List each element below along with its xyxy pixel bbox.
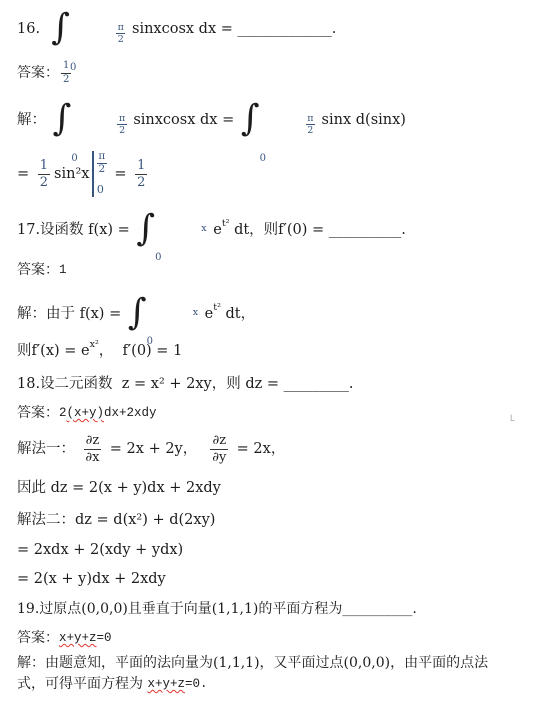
limit-value: x [193, 308, 198, 318]
fraction-numerator: ∂z [210, 434, 228, 450]
partial-dz-dy-fraction: ∂z ∂y [210, 434, 228, 464]
p17-question-blank: __________. [329, 222, 406, 239]
pi-over-2-fraction: π 2 [117, 114, 126, 136]
p18-solution2-line2: = 2xdx + 2(xdy + ydx) [17, 538, 183, 562]
e-base: e [209, 222, 222, 239]
integral-glyph: ∫ [128, 295, 147, 331]
answer-value-pre: 2 [59, 406, 67, 420]
p17-answer-line: 答案： 1 [17, 259, 67, 281]
pi-over-2-fraction: π 2 [97, 151, 107, 176]
upper-limit-x: x [193, 308, 198, 318]
vertical-bar [92, 151, 93, 197]
p17-question-prefix: 17.设函数 f(x) = [17, 222, 134, 239]
p16-question-number: 16. [17, 21, 49, 38]
p17-solution-prefix: 解：由于 f(x) = [17, 306, 126, 323]
p17-solution2-pre: 则f′(x) = e [17, 343, 90, 360]
answer-value-misspelled: x+y+z [59, 631, 97, 645]
equals-sign: = [110, 166, 131, 183]
fraction-denominator: 2 [40, 175, 48, 190]
p17-question-line: 17.设函数 f(x) = ∫ x 0 e t² dt，则f′(0) = ___… [17, 206, 406, 254]
equals-sign: = [17, 166, 34, 183]
integral-lower-limit: 0 [70, 62, 125, 74]
one-half-fraction: 1 2 [61, 61, 71, 85]
integral: ∫ π 2 0 [241, 95, 315, 145]
partial-dz-dx-fraction: ∂z ∂x [84, 434, 102, 464]
exponent-x-squared: x² [90, 340, 99, 350]
p19-question-line: 19.过原点(0,0,0)且垂直于向量(1,1,1)的平面方程为 _______… [17, 596, 417, 622]
evaluation-lower-limit: 0 [97, 184, 107, 197]
p19-solution-line1: 解：由题意知，平面的法向量为(1,1,1)，又平面过点(0,0,0)，由平面的点… [17, 652, 488, 674]
p19-solution-text-line1: 解：由题意知，平面的法向量为(1,1,1)，又平面过点(0,0,0)，由平面的点… [17, 655, 488, 671]
integral-upper-limit: π 2 [70, 1, 125, 62]
solution-method1-label: 解法一： [17, 441, 80, 458]
p19-answer-line: 答案： x+y+z =0 [17, 627, 112, 649]
exponent-t-squared: t² [213, 303, 221, 313]
p16-solution-tail: sinx d(sinx) [317, 112, 406, 129]
p17-solution2-post: ， f′(0) = 1 [99, 343, 183, 360]
p18-solution1-line1: 解法一： ∂z ∂x = 2x + 2y， ∂z ∂y = 2x， [17, 427, 285, 471]
solution-label: 解： [17, 112, 51, 129]
one-half-fraction: 1 2 [135, 159, 147, 189]
e-base: e [200, 306, 213, 323]
p18-question-text: 18.设二元函数 z = x² + 2xy，则 dz = [17, 376, 284, 393]
p16-solution-line2: = 1 2 sin²x π 2 0 = 1 2 [17, 147, 151, 201]
integral: ∫ π 2 0 [53, 95, 127, 145]
p16-solution-mid: sinxcosx dx = [129, 112, 239, 129]
plane-equation-misspelled: x+y+z [147, 677, 185, 691]
fraction-numerator: 1 [38, 159, 50, 175]
fraction-numerator: ∂z [84, 434, 102, 450]
integral-upper-limit: π 2 [260, 92, 315, 153]
answer-value: 1 [59, 263, 67, 277]
fraction-denominator: 2 [119, 125, 125, 136]
integral-limits: π 2 0 [71, 95, 126, 145]
integral-upper-limit: x [147, 286, 198, 336]
p16-question-line: 16. ∫ π 2 0 sinxcosx dx = _____________. [17, 4, 336, 54]
p18-solution1-conclusion: 因此 dz = 2(x + y)dx + 2xdy [17, 480, 221, 497]
fraction-denominator: ∂x [85, 450, 99, 465]
p18-question-blank: _________. [284, 376, 354, 393]
p16-question-body: sinxcosx dx = [127, 21, 237, 38]
answer-label: 答案： [17, 405, 59, 421]
integral-limits: π 2 0 [70, 4, 125, 54]
integral: ∫ x 0 [136, 205, 206, 255]
answer-label: 答案： [17, 262, 59, 278]
integral-limits: x 0 [155, 205, 206, 255]
integral-limits: x 0 [147, 289, 198, 339]
p18-solution1-line2: 因此 dz = 2(x + y)dx + 2xdy [17, 476, 221, 500]
fraction-denominator: 2 [98, 164, 105, 176]
fraction-numerator: 1 [135, 159, 147, 175]
p17-solution-line1: 解：由于 f(x) = ∫ x 0 e t² dt， [17, 290, 255, 338]
integral-upper-limit: x [155, 202, 206, 252]
integral-glyph: ∫ [136, 211, 155, 247]
evaluation-limits: π 2 0 [97, 151, 107, 197]
stray-cursor-artifact: L [510, 413, 515, 423]
answer-value-misspelled: (x+y) [67, 406, 105, 420]
sin-squared-x: sin²x [54, 166, 89, 183]
integral: ∫ π 2 0 [51, 4, 125, 54]
pi-over-2-fraction: π 2 [306, 114, 315, 136]
p18-solution1-end: = 2x， [232, 441, 285, 458]
upper-limit-x: x [201, 224, 206, 234]
p18-solution2-step2: = 2xdx + 2(xdy + ydx) [17, 542, 183, 559]
p19-solution-text-line2-pre: 式，可得平面方程为 [17, 676, 147, 692]
fraction-numerator: π [306, 114, 315, 125]
fraction-numerator: π [97, 151, 107, 164]
p19-question-blank: __________. [342, 601, 416, 617]
answer-label: 答案： [17, 65, 59, 81]
p19-question-text: 19.过原点(0,0,0)且垂直于向量(1,1,1)的平面方程为 [17, 601, 342, 617]
exponent-t-squared: t² [222, 219, 230, 229]
p18-solution2-line1: 解法二：dz = d(x²) + d(2xy) [17, 507, 215, 533]
plane-equation-rest: =0. [185, 677, 208, 691]
fraction-denominator: ∂y [212, 450, 226, 465]
p17-question-post: dt，则f′(0) = [229, 222, 328, 239]
fraction-denominator: 2 [63, 74, 69, 86]
evaluation-bar: π 2 0 [92, 151, 106, 197]
pi-over-2-fraction: π 2 [116, 23, 125, 45]
p17-solution-line2: 则f′(x) = e x² ， f′(0) = 1 [17, 339, 182, 363]
p16-answer-line: 答案： 1 2 [17, 56, 73, 90]
fraction-denominator: 2 [137, 175, 145, 190]
p18-question-line: 18.设二元函数 z = x² + 2xy，则 dz = _________. [17, 371, 354, 397]
p16-solution-line1: 解： ∫ π 2 0 sinxcosx dx = ∫ π [17, 94, 406, 146]
integral-lower-limit: 0 [155, 252, 206, 264]
fraction-denominator: 2 [118, 34, 124, 45]
one-half-fraction: 1 2 [38, 159, 50, 189]
p18-answer-line: 答案： 2 (x+y) dx+2xdy [17, 402, 157, 424]
p18-solution2-step3: = 2(x + y)dx + 2xdy [17, 571, 166, 588]
fraction-numerator: 1 [61, 61, 71, 74]
p18-solution2-step1: 解法二：dz = d(x²) + d(2xy) [17, 512, 215, 529]
p18-solution2-line3: = 2(x + y)dx + 2xdy [17, 567, 166, 591]
integral-lower-limit: 0 [260, 153, 315, 165]
integral: ∫ x 0 [128, 289, 198, 339]
fraction-numerator: π [117, 114, 126, 125]
limit-value: x [201, 224, 206, 234]
answer-label: 答案： [17, 630, 59, 646]
p18-solution1-mid: = 2x + 2y， [105, 441, 206, 458]
integral-glyph: ∫ [241, 101, 260, 137]
integral-limits: π 2 0 [260, 95, 315, 145]
integral-upper-limit: π 2 [71, 92, 126, 153]
p16-question-blank: _____________. [238, 21, 337, 38]
fraction-denominator: 2 [307, 125, 313, 136]
answer-value-rest: =0 [97, 631, 112, 645]
integral-glyph: ∫ [53, 101, 72, 137]
p17-solution-post: dt， [221, 306, 255, 323]
math-document-page: 16. ∫ π 2 0 sinxcosx dx = _____________.… [0, 0, 546, 701]
p19-solution-line2: 式，可得平面方程为 x+y+z =0. [17, 673, 207, 695]
integral-glyph: ∫ [51, 10, 70, 46]
fraction-numerator: π [116, 23, 125, 34]
answer-value-post: dx+2xdy [104, 406, 157, 420]
